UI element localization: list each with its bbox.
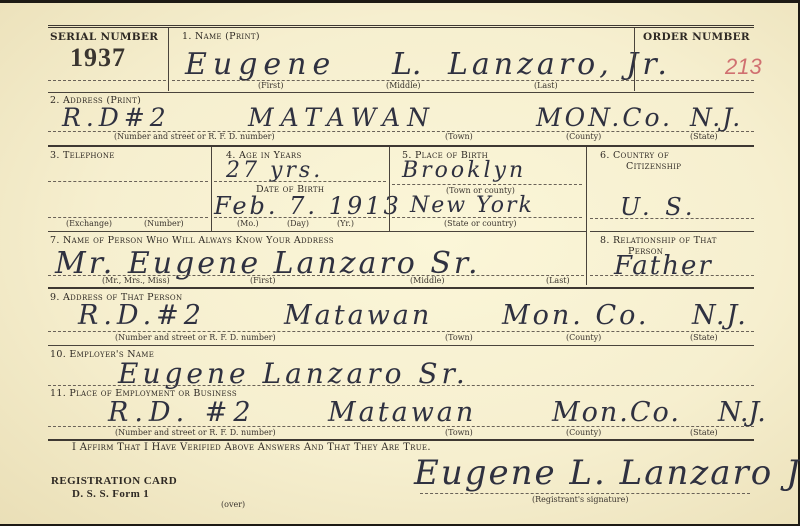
citizenship-label-1: 6. Country of: [600, 150, 669, 161]
serial-number: 1937: [70, 43, 126, 73]
relationship-value: Father: [614, 251, 713, 281]
telephone-exchange-line: [48, 181, 208, 182]
name-label: 1. Name (Print): [182, 31, 260, 42]
address-state-caption: (State): [690, 132, 718, 141]
employment-state-caption: (State): [690, 428, 718, 437]
order-underline: [636, 80, 754, 81]
employment-underline: [48, 426, 754, 427]
employment-county-value: Mon.Co.: [552, 397, 681, 428]
contact-middle-caption: (Middle): [410, 276, 445, 285]
telephone-number-line: [48, 217, 208, 218]
telephone-label: 3. Telephone: [50, 150, 115, 161]
contact-first-caption: (First): [250, 276, 276, 285]
address-street-caption: (Number and street or R. F. D. number): [114, 132, 275, 141]
signature-caption: (Registrant's signature): [532, 495, 628, 504]
name-middle-value: L.: [392, 47, 421, 82]
signature-underline: [420, 493, 750, 494]
telephone-exchange-caption: (Exchange): [66, 219, 112, 228]
employer-underline: [48, 385, 754, 386]
dob-month-caption: (Mo.): [237, 219, 259, 228]
employment-street-caption: (Number and street or R. F. D. number): [115, 428, 276, 437]
name-first-value: Eugene: [185, 47, 336, 82]
serial-underline: [48, 80, 166, 81]
name-last-caption: (Last): [534, 81, 558, 90]
address-county-caption: (County): [566, 132, 601, 141]
rule: [48, 439, 754, 441]
citizenship-underline: [590, 218, 754, 219]
order-number: 213: [725, 54, 762, 80]
contact-title-caption: (Mr., Mrs., Miss): [102, 276, 170, 285]
contact-address-county-caption: (County): [566, 333, 601, 342]
rule: [48, 287, 754, 289]
birthplace-state-underline: [392, 217, 582, 218]
contact-address-county-value: Mon. Co.: [502, 300, 649, 331]
employment-town-caption: (Town): [445, 428, 473, 437]
divider: [211, 147, 212, 231]
rule: [590, 231, 754, 232]
contact-address-town-caption: (Town): [445, 333, 473, 342]
address-county-value: MON.Co.: [536, 103, 673, 132]
contact-address-town-value: Matawan: [284, 300, 432, 331]
employment-street-value: R.D. #2: [108, 397, 257, 428]
divider: [168, 28, 169, 91]
contact-address-street-value: R.D.#2: [78, 300, 206, 331]
registration-card: SERIAL NUMBER 1937 1. Name (Print) Eugen…: [0, 3, 798, 524]
name-last-value: Lanzaro, Jr.: [448, 47, 671, 82]
age-underline: [214, 181, 386, 182]
birthplace-state-value: New York: [410, 193, 534, 218]
telephone-number-caption: (Number): [144, 219, 184, 228]
divider: [634, 28, 635, 91]
name-middle-caption: (Middle): [386, 81, 421, 90]
contact-address-state-caption: (State): [690, 333, 718, 342]
over-note: (over): [221, 500, 245, 509]
serial-number-label: SERIAL NUMBER: [50, 31, 158, 43]
rule: [48, 231, 586, 232]
birthplace-town-value: Brooklyn: [402, 158, 526, 183]
contact-address-underline: [48, 331, 754, 332]
contact-address-state-value: N.J.: [692, 300, 748, 331]
dob-value: Feb. 7. 1913: [214, 192, 402, 220]
name-first-caption: (First): [258, 81, 284, 90]
address-state-value: N.J.: [690, 103, 742, 132]
dob-underline: [214, 217, 386, 218]
dob-year-caption: (Yr.): [337, 219, 354, 228]
dob-day-caption: (Day): [287, 219, 309, 228]
birthplace-town-underline: [392, 184, 582, 185]
employment-town-value: Matawan: [328, 397, 476, 428]
citizenship-label-2: Citizenship: [626, 161, 681, 172]
divider: [389, 147, 390, 231]
address-town-value: MATAWAN: [248, 103, 436, 132]
rule: [48, 145, 754, 147]
address-town-caption: (Town): [445, 132, 473, 141]
birthplace-state-caption: (State or country): [444, 219, 517, 228]
contact-person-label: 7. Name of Person Who Will Always Know Y…: [50, 235, 334, 246]
citizenship-value: U. S.: [620, 193, 697, 221]
registrant-signature: Eugene L. Lanzaro J.: [414, 453, 800, 493]
contact-address-street-caption: (Number and street or R. F. D. number): [115, 333, 276, 342]
rule: [48, 92, 754, 93]
form-number: D. S. S. Form 1: [72, 488, 149, 500]
relationship-underline: [590, 275, 754, 276]
relationship-label-1: 8. Relationship of That: [600, 235, 717, 246]
divider: [586, 147, 587, 285]
employment-state-value: N.J.: [718, 397, 766, 428]
employment-county-caption: (County): [566, 428, 601, 437]
affirmation-text: I Affirm That I Have Verified Above Answ…: [72, 442, 431, 453]
order-number-label: ORDER NUMBER: [643, 31, 750, 43]
age-value: 27 yrs.: [226, 158, 323, 183]
form-title: REGISTRATION CARD: [51, 475, 177, 487]
top-rule: [48, 25, 754, 28]
rule: [48, 345, 754, 346]
address-street-value: R.D#2: [62, 103, 171, 132]
contact-last-caption: (Last): [546, 276, 570, 285]
